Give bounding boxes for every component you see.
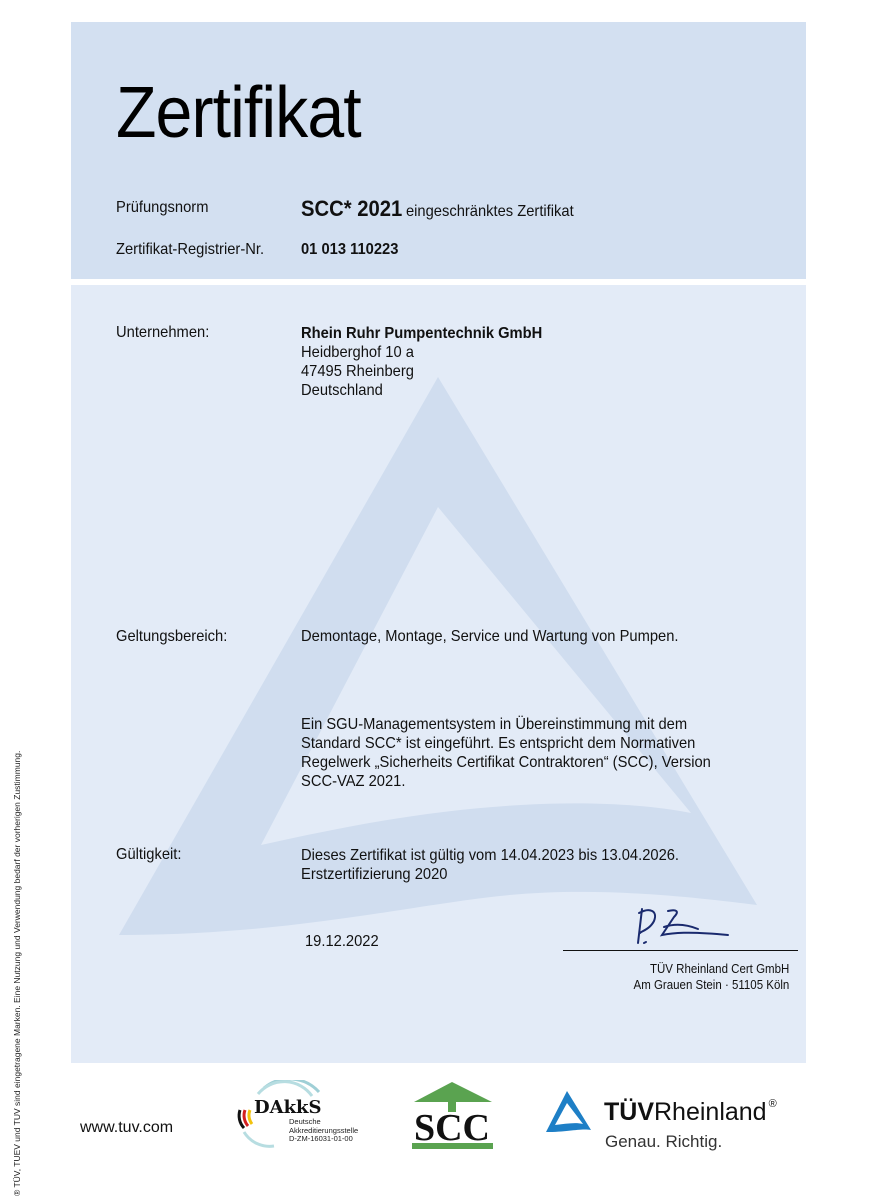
validity-block: Dieses Zertifikat ist gültig vom 14.04.2… <box>301 846 679 884</box>
signature-icon <box>628 905 733 947</box>
dakks-logo: DAkkS Deutsche Akkreditierungsstelle D-Z… <box>234 1080 379 1152</box>
statement-line: Standard SCC* ist eingeführt. Es entspri… <box>301 734 711 753</box>
statement-line: Ein SGU-Managementsystem in Übereinstimm… <box>301 715 711 734</box>
issue-date: 19.12.2022 <box>305 933 379 951</box>
company-label: Unternehmen: <box>116 324 209 342</box>
certificate-title: Zertifikat <box>116 72 361 154</box>
signature-line <box>563 950 798 951</box>
tuv-brand-bold: TÜV <box>604 1098 654 1126</box>
dakks-name: DAkkS <box>254 1097 322 1118</box>
registered-mark: ® <box>769 1098 777 1110</box>
tuv-slogan: Genau. Richtig. <box>605 1132 722 1152</box>
registration-number: 01 013 110223 <box>301 241 398 259</box>
standard-label: Prüfungsnorm <box>116 199 208 217</box>
scc-logo-icon: SCC <box>410 1080 495 1152</box>
standard-name: SCC* 2021 <box>301 196 402 221</box>
company-street: Heidberghof 10 a <box>301 343 542 362</box>
issuer-address: Am Grauen Stein · 51105 Köln <box>633 977 789 993</box>
company-block: Rhein Ruhr Pumpentechnik GmbH Heidbergho… <box>301 324 542 400</box>
company-country: Deutschland <box>301 381 542 400</box>
scope-label: Geltungsbereich: <box>116 628 227 646</box>
tuv-triangle-icon <box>543 1088 595 1140</box>
company-city: 47495 Rheinberg <box>301 362 542 381</box>
website-link[interactable]: www.tuv.com <box>80 1119 173 1137</box>
tuv-rheinland-logo: TÜVRheinland® Genau. Richtig. <box>543 1088 803 1158</box>
statement-block: Ein SGU-Managementsystem in Übereinstimm… <box>301 715 711 791</box>
standard-value: SCC* 2021eingeschränktes Zertifikat <box>301 196 574 222</box>
dakks-details: Deutsche Akkreditierungsstelle D-ZM-1603… <box>289 1118 358 1144</box>
issuer-block: TÜV Rheinland Cert GmbH Am Grauen Stein … <box>633 961 789 993</box>
statement-line: Regelwerk „Sicherheits Certifikat Contra… <box>301 753 711 772</box>
validity-label: Gültigkeit: <box>116 846 181 864</box>
standard-qualifier: eingeschränktes Zertifikat <box>406 203 574 220</box>
tuv-brand-rest: Rheinland <box>654 1098 767 1126</box>
scope-value: Demontage, Montage, Service und Wartung … <box>301 628 678 646</box>
company-name: Rhein Ruhr Pumpentechnik GmbH <box>301 324 542 343</box>
svg-text:SCC: SCC <box>414 1107 490 1149</box>
tuv-wordmark: TÜVRheinland® <box>604 1098 777 1127</box>
dakks-line: D-ZM-16031-01-00 <box>289 1135 358 1144</box>
registration-label: Zertifikat-Registrier-Nr. <box>116 241 264 259</box>
issuer-name: TÜV Rheinland Cert GmbH <box>633 961 789 977</box>
trademark-note: ® TÜV, TUEV und TUV sind eingetragene Ma… <box>12 751 22 1196</box>
validity-period: Dieses Zertifikat ist gültig vom 14.04.2… <box>301 846 679 865</box>
first-certification: Erstzertifizierung 2020 <box>301 865 679 884</box>
statement-line: SCC-VAZ 2021. <box>301 772 711 791</box>
